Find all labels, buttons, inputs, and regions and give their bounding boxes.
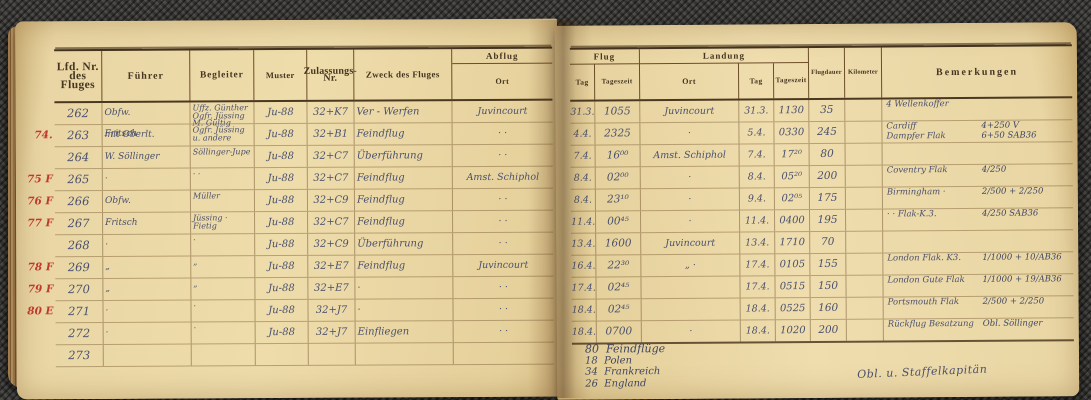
kilometer-cell xyxy=(846,276,883,297)
zweck-cell: Feindflug xyxy=(355,167,453,189)
muster-cell: Ju-88 xyxy=(255,168,308,189)
flug-zeit-cell: 00⁴⁵ xyxy=(596,211,641,232)
landung-zeit-cell: 0400 xyxy=(775,210,810,231)
muster-cell: Ju-88 xyxy=(256,322,309,343)
abflug-ort-cell: · · xyxy=(453,211,553,233)
abflug-ort-cell: · · xyxy=(453,299,553,321)
red-margin-number: 76 F xyxy=(21,191,53,212)
flight-row-left: 78 F269 „ „ Ju-88 32+E7 Feindflug Juvinc… xyxy=(55,255,553,280)
flug-zeit-cell: 02⁰⁰ xyxy=(596,167,641,188)
bemerkungen-cell: Birmingham · 2/500 + 2/250 xyxy=(883,186,1073,208)
begleiter-cell: · · xyxy=(191,168,255,189)
landung-zeit-cell: 02⁰⁵ xyxy=(775,188,810,209)
flight-number: 264 xyxy=(67,150,89,164)
summary-frankreich: 34 Frankreich xyxy=(585,366,665,378)
landung-zeit-cell: 05²⁰ xyxy=(775,166,810,187)
bemerkung-text: Rückflug Besatzung xyxy=(884,319,981,341)
bemerkung-load: 2/500 + 2/250 xyxy=(980,186,1073,208)
zulassung-cell: 32+K7 xyxy=(307,102,354,123)
flug-zeit-cell: 1600 xyxy=(596,233,641,254)
fuehrer-cell: mit Oberlt. xyxy=(103,125,191,146)
bemerkungen-cell: Rückflug Besatzung Obl. Söllinger xyxy=(884,318,1074,340)
landung-tag-cell: 17.4. xyxy=(740,254,775,275)
flug-tag-cell: 8.4. xyxy=(571,168,596,189)
fuehrer-cell: Obfw. xyxy=(103,191,191,212)
landung-ort-cell: · xyxy=(641,211,740,233)
bemerkung-load: 2/500 + 2/250 xyxy=(981,296,1074,318)
flugdauer-cell: 70 xyxy=(810,232,846,253)
red-margin-number: 75 F xyxy=(21,169,53,190)
landung-zeit-cell: 1710 xyxy=(775,232,810,253)
fuehrer-cell: Fritsch xyxy=(103,213,191,234)
flight-number-cell: 80 E271 xyxy=(55,301,103,322)
zulassung-cell: 32+C9 xyxy=(308,190,355,211)
muster-cell: Ju-88 xyxy=(255,146,308,167)
flight-row-left: 76 F266 Obfw. Müller Ju-88 32+C9 Feindfl… xyxy=(55,189,553,214)
landung-ort-cell: Amst. Schiphol xyxy=(641,145,740,167)
landung-ort-cell: „ · xyxy=(641,255,740,277)
flugdauer-cell: 245 xyxy=(809,122,845,143)
bemerkung-load: 1/1000 + 10/AB36 xyxy=(980,252,1073,274)
flight-number-cell: 75 F265 xyxy=(55,169,103,190)
right-table-rows: 31.3. 1055 Juvincourt 31.3. 1130 35 4 We… xyxy=(570,98,1074,344)
abflug-ort-cell: Juvincourt xyxy=(453,255,553,277)
flug-tag-cell: 17.4. xyxy=(571,278,596,299)
zweck-cell: · xyxy=(355,277,453,299)
abflug-ort-cell: · · xyxy=(453,123,553,145)
landung-tag-cell: 18.4. xyxy=(741,298,776,319)
bemerkung-text: Portsmouth Flak xyxy=(884,297,981,319)
muster-cell: Ju-88 xyxy=(255,300,308,321)
fuehrer-cell: „ xyxy=(103,279,191,300)
zulassung-cell: 32+C9 xyxy=(308,234,355,255)
flugdauer-cell: 160 xyxy=(811,298,847,319)
bemerkungen-cell: Coventry Flak 4/250 xyxy=(883,164,1073,186)
header-begleiter: Begleiter xyxy=(190,50,254,100)
landung-tag-cell: 9.4. xyxy=(740,188,775,209)
zulassung-cell: 32+C7 xyxy=(308,212,355,233)
muster-cell: Ju-88 xyxy=(255,256,308,277)
header-landung: Landung xyxy=(640,48,808,64)
kilometer-cell xyxy=(846,210,883,231)
landung-tag-cell: 13.4. xyxy=(740,232,775,253)
bemerkung-text: London Flak. K3. xyxy=(883,253,980,275)
zweck-cell: Überführung xyxy=(355,145,453,167)
landung-zeit-cell: 0525 xyxy=(776,298,811,319)
flugdauer-cell: 195 xyxy=(810,210,846,231)
flight-row-left: 79 F270 „ „ Ju-88 32+E7 · · · xyxy=(55,277,553,302)
logbook-right-page: Flug Tag Tageszeit Landung Ort Tag Tages… xyxy=(555,22,1080,400)
right-table: Flug Tag Tageszeit Landung Ort Tag Tages… xyxy=(570,44,1074,344)
bemerkung-text: Coventry Flak xyxy=(883,165,980,187)
begleiter-cell: „ xyxy=(191,256,255,277)
zulassung-cell: 32+B1 xyxy=(308,124,355,145)
zweck-cell: Überführung xyxy=(355,233,453,255)
red-margin-number: 77 F xyxy=(21,213,53,234)
landung-zeit-cell: 0330 xyxy=(774,122,809,143)
fuehrer-cell: W. Söllinger xyxy=(103,147,191,168)
fuehrer-cell: · xyxy=(103,301,191,322)
summary-england: 26 England xyxy=(585,378,665,390)
flight-row-left: 264 W. Söllinger Söllinger-Jupe Ju-88 32… xyxy=(55,145,553,170)
zulassung-cell xyxy=(309,344,356,365)
landung-ort-cell xyxy=(641,277,740,299)
flug-zeit-cell: 02⁴⁵ xyxy=(597,299,642,320)
flug-zeit-cell: 16⁰⁰ xyxy=(596,145,641,166)
bemerkungen-cell: Portsmouth Flak 2/500 + 2/250 xyxy=(884,296,1074,318)
flugdauer-cell: 200 xyxy=(811,320,847,341)
muster-cell xyxy=(256,344,309,365)
abflug-ort-cell: Amst. Schiphol xyxy=(453,167,553,189)
flight-number: 263 xyxy=(67,128,89,142)
flugdauer-cell: 200 xyxy=(810,166,846,187)
left-table-header: Lfd. Nr. des Fluges Führer Begleiter Mus… xyxy=(54,49,552,104)
flight-row-left: 273 xyxy=(56,343,554,368)
flug-zeit-cell: 22³⁰ xyxy=(596,255,641,276)
bemerkung-load: 1/1000 + 19/AB36 xyxy=(980,274,1073,296)
kilometer-cell xyxy=(846,254,883,275)
flugdauer-cell: 150 xyxy=(810,276,846,297)
flugdauer-cell: 175 xyxy=(810,188,846,209)
header-zweck: Zweck des Fluges xyxy=(354,49,452,100)
bemerkung-text: 4 Wellenkoffer xyxy=(882,99,979,121)
flight-number-cell: 268 xyxy=(55,235,103,256)
landung-ort-cell: · xyxy=(640,123,739,145)
landung-ort-cell: · xyxy=(641,167,740,189)
landung-zeit-cell: 1020 xyxy=(776,320,811,341)
red-margin-number: 79 F xyxy=(21,279,53,300)
begleiter-cell: Müller xyxy=(191,190,255,211)
abflug-ort-cell: · · xyxy=(454,321,554,343)
fuehrer-cell: „ xyxy=(103,257,191,278)
bemerkungen-cell: 4 Wellenkoffer xyxy=(882,98,1072,120)
landung-tag-cell: 7.4. xyxy=(740,144,775,165)
flight-number: 272 xyxy=(68,326,90,340)
bemerkung-text: Birmingham · xyxy=(883,187,980,209)
header-flugdauer: Flugdauer xyxy=(809,48,845,98)
bemerkung-load: 4/250 xyxy=(980,164,1073,186)
begleiter-cell: Jüssing · Fietig xyxy=(191,212,255,233)
fuehrer-cell: · xyxy=(104,323,192,344)
header-flug-group: Flug Tag Tageszeit xyxy=(570,49,640,99)
kilometer-cell xyxy=(847,298,884,319)
landung-tag-cell: 18.4. xyxy=(741,320,776,341)
fuehrer-cell xyxy=(104,345,192,366)
kilometer-cell xyxy=(846,188,883,209)
landung-tag-cell: 11.4. xyxy=(740,210,775,231)
landung-tag-cell: 31.3. xyxy=(739,100,774,121)
right-table-header: Flug Tag Tageszeit Landung Ort Tag Tages… xyxy=(570,46,1072,102)
landung-ort-cell: · xyxy=(642,321,741,343)
red-margin-number: 80 E xyxy=(21,301,53,322)
landung-zeit-cell: 0105 xyxy=(775,254,810,275)
bemerkung-load xyxy=(979,98,1072,120)
flug-zeit-cell: 23¹⁰ xyxy=(596,189,641,210)
bemerkung-text xyxy=(883,143,980,165)
landung-ort-cell xyxy=(642,299,741,321)
flight-number: 265 xyxy=(67,172,89,186)
flight-number-cell: 78 F269 xyxy=(55,257,103,278)
flight-number: 269 xyxy=(68,260,90,274)
abflug-ort-cell: · · xyxy=(453,277,553,299)
left-table-rows: 262 Obfw. Fritsch Uffz. Günther Ogfr. Jü… xyxy=(54,101,553,368)
red-margin-number: 78 F xyxy=(21,257,53,278)
flight-number-cell: 76 F266 xyxy=(55,191,103,212)
flug-tag-cell: 18.4. xyxy=(572,300,597,321)
logbook-left-page: Lfd. Nr. des Fluges Führer Begleiter Mus… xyxy=(15,19,559,400)
begleiter-cell: „ xyxy=(191,278,255,299)
bemerkung-text: London Gute Flak xyxy=(883,275,980,297)
landung-tag-cell: 8.4. xyxy=(740,166,775,187)
kilometer-cell xyxy=(846,144,883,165)
zweck-cell: · xyxy=(355,299,453,321)
flight-row-left: 80 E271 · · Ju-88 32+J7 · · · xyxy=(55,299,553,324)
zweck-cell: Einfliegen xyxy=(356,321,454,343)
muster-cell: Ju-88 xyxy=(255,124,308,145)
flight-row-left: 74.263 mit Oberlt. Ogfr. Jüssing u. ande… xyxy=(55,123,553,148)
fuehrer-cell: · xyxy=(103,169,191,190)
zulassung-cell: 32+C7 xyxy=(308,146,355,167)
flight-row-left: 268 · · Ju-88 32+C9 Überführung · · xyxy=(55,233,553,258)
landung-tag-cell: 5.4. xyxy=(739,122,774,143)
flight-number-cell: 273 xyxy=(56,345,104,366)
flugdauer-cell: 155 xyxy=(810,254,846,275)
flug-tag-cell: 16.4. xyxy=(571,256,596,277)
landung-tag-cell: 17.4. xyxy=(740,276,775,297)
header-abflug: Abflug xyxy=(452,49,552,65)
left-table: Lfd. Nr. des Fluges Führer Begleiter Mus… xyxy=(54,47,554,368)
flight-number-cell: 272 xyxy=(56,323,104,344)
zweck-cell: Feindflug xyxy=(355,211,453,233)
staffelkapitaen-signature: Obl. u. Staffelkapitän xyxy=(857,363,988,381)
flight-number-cell: 264 xyxy=(55,147,103,168)
header-kilometer: Kilometer xyxy=(845,48,882,98)
muster-cell: Ju-88 xyxy=(255,212,308,233)
header-abflug-ort: Ort xyxy=(452,64,552,100)
abflug-ort-cell: · · xyxy=(453,233,553,255)
flug-zeit-cell: 0700 xyxy=(597,321,642,342)
zweck-cell: Feindflug xyxy=(355,123,453,145)
header-landung-tageszeit: Tageszeit xyxy=(774,63,808,98)
flug-zeit-cell: 02⁴⁵ xyxy=(596,277,641,298)
flight-number: 271 xyxy=(68,304,90,318)
bemerkungen-cell: London Gute Flak 1/1000 + 19/AB36 xyxy=(883,274,1073,296)
muster-cell: Ju-88 xyxy=(255,190,308,211)
abflug-ort-cell: · · xyxy=(453,189,553,211)
abflug-ort-cell xyxy=(454,343,554,365)
kilometer-cell xyxy=(847,320,884,341)
bemerkungen-cell: · · Flak-K.3. 4/250 SAB36 xyxy=(883,208,1073,230)
begleiter-cell: · xyxy=(192,322,256,343)
landung-zeit-cell: 0515 xyxy=(775,276,810,297)
flug-tag-cell: 4.4. xyxy=(570,124,595,145)
flight-number: 268 xyxy=(68,238,90,252)
muster-cell: Ju-88 xyxy=(254,102,307,123)
bemerkung-load: Obl. Söllinger xyxy=(981,318,1074,340)
zweck-cell: Feindflug xyxy=(355,255,453,277)
zweck-cell xyxy=(356,343,454,365)
landung-zeit-cell: 1130 xyxy=(774,100,809,121)
header-landung-ort: Ort xyxy=(640,64,739,100)
begleiter-cell: Söllinger-Jupe xyxy=(191,146,255,167)
flug-zeit-cell: 1055 xyxy=(595,101,640,122)
summary-feindfluege: 80 Feindflüge xyxy=(585,343,665,355)
flight-number-cell: 262 xyxy=(54,103,102,124)
header-flug-tageszeit: Tageszeit xyxy=(595,64,639,99)
bemerkungen-cell: Cardiff Dampfer Flak 4+250 V 6+50 SAB36 xyxy=(882,120,1072,142)
flug-tag-cell: 8.4. xyxy=(571,190,596,211)
flight-row-left: 75 F265 · · · Ju-88 32+C7 Feindflug Amst… xyxy=(55,167,553,192)
flugdauer-cell: 80 xyxy=(810,144,846,165)
abflug-ort-cell: · · xyxy=(453,145,553,167)
zulassung-cell: 32+E7 xyxy=(308,256,355,277)
bemerkung-text: Cardiff Dampfer Flak xyxy=(882,121,979,143)
totals-summary: 80 Feindflüge 18 Polen 34 Frankreich 26 … xyxy=(585,343,665,390)
flug-tag-cell: 31.3. xyxy=(570,102,595,123)
zulassung-cell: 32+J7 xyxy=(308,300,355,321)
bemerkung-text: · · Flak-K.3. xyxy=(883,209,980,231)
bemerkungen-cell xyxy=(883,142,1073,164)
abflug-ort-cell: Juvincourt xyxy=(452,101,552,123)
header-abflug-group: Abflug Ort xyxy=(452,49,552,100)
kilometer-cell xyxy=(845,100,882,121)
zweck-cell: Feindflug xyxy=(355,189,453,211)
zulassung-cell: 32+J7 xyxy=(309,322,356,343)
zulassung-cell: 32+C7 xyxy=(308,168,355,189)
bemerkung-load: 4/250 SAB36 xyxy=(980,208,1073,230)
flug-tag-cell: 7.4. xyxy=(571,146,596,167)
flight-number: 270 xyxy=(68,282,90,296)
bemerkungen-cell: London Flak. K3. 1/1000 + 10/AB36 xyxy=(883,252,1073,274)
begleiter-cell: · xyxy=(191,234,255,255)
muster-cell: Ju-88 xyxy=(255,278,308,299)
zweck-cell: Ver - Werfen xyxy=(354,101,452,123)
begleiter-cell xyxy=(192,344,256,365)
flugdauer-cell: 35 xyxy=(809,100,845,121)
landung-ort-cell: Juvincourt xyxy=(641,233,740,255)
flug-tag-cell: 13.4. xyxy=(571,234,596,255)
flug-tag-cell: 18.4. xyxy=(572,322,597,343)
flight-number: 273 xyxy=(68,348,90,362)
flight-number: 262 xyxy=(67,106,89,120)
logbook-photo: Lfd. Nr. des Fluges Führer Begleiter Mus… xyxy=(0,0,1091,400)
begleiter-cell: Ogfr. Jüssing u. andere xyxy=(191,124,255,145)
landung-ort-cell: · xyxy=(641,189,740,211)
flight-number-cell: 77 F267 xyxy=(55,213,103,234)
flight-number-cell: 74.263 xyxy=(55,125,103,146)
flight-row-left: 272 · · Ju-88 32+J7 Einfliegen · · xyxy=(56,321,554,346)
header-zulassungs-nr: Zulassungs- Nr. xyxy=(307,50,354,100)
begleiter-cell: · xyxy=(191,300,255,321)
fuehrer-cell: · xyxy=(103,235,191,256)
kilometer-cell xyxy=(846,232,883,253)
flug-tag-cell: 11.4. xyxy=(571,212,596,233)
zulassung-cell: 32+E7 xyxy=(308,278,355,299)
bemerkung-load: 4+250 V 6+50 SAB36 xyxy=(979,120,1072,142)
header-landung-group: Landung Ort Tag Tageszeit xyxy=(640,48,809,99)
begleiter-cell: Uffz. Günther Ogfr. Jüssing M. Gültig xyxy=(190,102,254,123)
header-fuehrer: Führer xyxy=(102,51,190,101)
header-flug-tag: Tag xyxy=(570,65,595,100)
kilometer-cell xyxy=(846,166,883,187)
landung-ort-cell: Juvincourt xyxy=(640,101,739,123)
kilometer-cell xyxy=(845,122,882,143)
muster-cell: Ju-88 xyxy=(255,234,308,255)
header-flug: Flug xyxy=(570,49,639,64)
header-muster: Muster xyxy=(254,50,307,100)
header-bemerkungen: Bemerkungen xyxy=(882,46,1072,97)
summary-polen: 18 Polen xyxy=(585,355,665,367)
red-margin-number: 74. xyxy=(21,125,53,146)
header-lfd-nr: Lfd. Nr. des Fluges xyxy=(54,51,102,101)
bemerkung-load xyxy=(980,230,1073,252)
flight-number-cell: 79 F270 xyxy=(55,279,103,300)
header-landung-tag: Tag xyxy=(739,63,774,98)
flight-number: 267 xyxy=(68,216,90,230)
landung-zeit-cell: 17²⁰ xyxy=(775,144,810,165)
flight-row-left: 77 F267 Fritsch Jüssing · Fietig Ju-88 3… xyxy=(55,211,553,236)
bemerkung-load xyxy=(980,142,1073,164)
bemerkungen-cell xyxy=(883,230,1073,252)
flight-row-right: 18.4. 0700 · 18.4. 1020 200 Rückflug Bes… xyxy=(572,318,1074,345)
flug-zeit-cell: 2325 xyxy=(595,123,640,144)
flight-row-left: 262 Obfw. Fritsch Uffz. Günther Ogfr. Jü… xyxy=(54,101,552,126)
fuehrer-cell: Obfw. Fritsch xyxy=(102,103,190,124)
flight-number: 266 xyxy=(67,194,89,208)
bemerkung-text xyxy=(883,231,980,253)
